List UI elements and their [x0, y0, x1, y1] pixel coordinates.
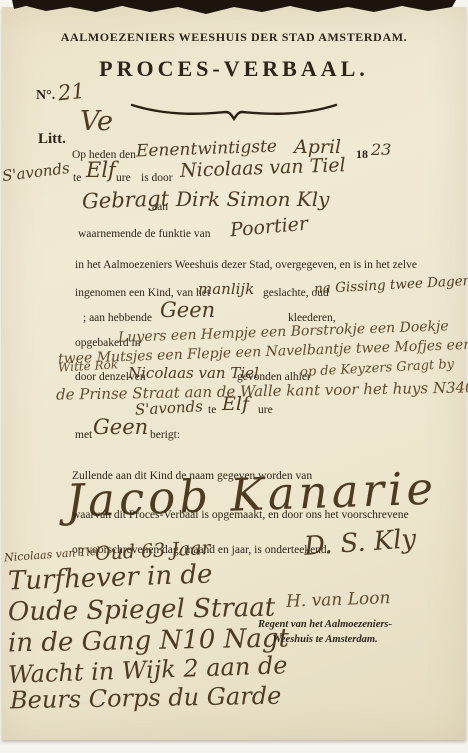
page-title: PROCES-VERBAAL.: [0, 56, 468, 82]
clothes-value: Geen: [160, 298, 215, 322]
litt-label: Litt.: [38, 131, 66, 148]
regent-title-line1: Regent van het Aalmoezeniers-: [258, 619, 392, 630]
receiver-name: Dirk Simon Kly: [176, 187, 329, 211]
document-scan: AALMOEZENIERS WEESHUIS DER STAD AMSTERDA…: [0, 0, 468, 753]
label-ure-2: ure: [258, 404, 273, 416]
regent-title: Regent van het Aalmoezeniers- Weeshuis t…: [230, 618, 420, 647]
function-label: waarnemende de funktie van: [78, 228, 211, 240]
arrival-hour: Elf: [86, 158, 116, 182]
torn-edge: [0, 0, 468, 22]
label-ure: ure: [116, 172, 131, 184]
label-te: te: [73, 172, 81, 184]
label-is-door: is door: [141, 172, 173, 184]
notice-value: Geen: [93, 415, 148, 439]
intake-line: in het Aalmoezeniers Weeshuis dezer Stad…: [75, 259, 417, 271]
number-value: 21: [57, 79, 86, 106]
label-aan: aan: [152, 201, 168, 213]
year-written: 23: [371, 140, 391, 159]
document-header: AALMOEZENIERS WEESHUIS DER STAD AMSTERDA…: [0, 30, 468, 45]
year-printed: 18: [356, 147, 368, 162]
litt-value: Ve: [80, 106, 113, 137]
found-hour: Elf: [222, 393, 249, 415]
closing-line-1: waarvan dit Proces-Verbaal is opgemaakt,…: [72, 509, 409, 521]
flourish-brace: [128, 100, 340, 122]
margin-note-line6: Beurs Corps du Garde: [10, 682, 282, 715]
label-te-2: te: [208, 404, 216, 416]
regent-title-line2: Weeshuis te Amsterdam.: [272, 634, 377, 645]
child-gender: manlijk: [198, 280, 254, 298]
notice-suffix: berigt:: [150, 429, 180, 441]
regent-signature: H. van Loon: [286, 588, 391, 612]
number-label: N°.: [36, 88, 55, 104]
notice-prefix: met: [75, 429, 92, 441]
clothes-prefix: ; aan hebbende: [83, 312, 152, 324]
